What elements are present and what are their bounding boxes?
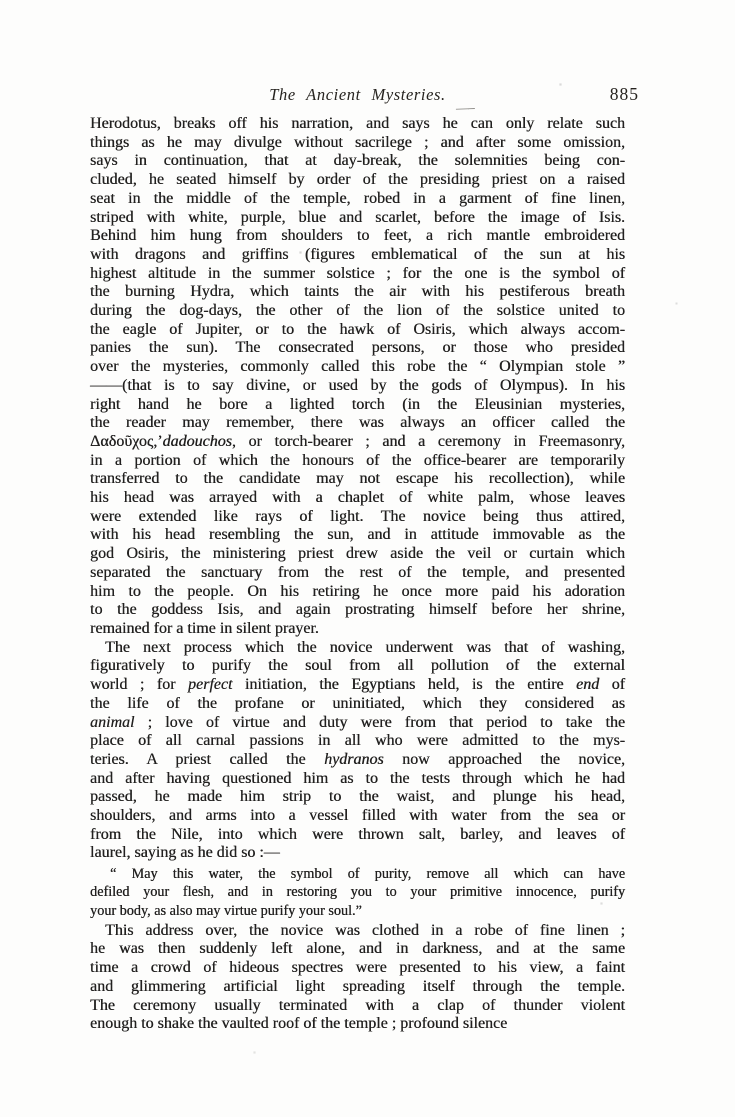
text-line: transferred to the candidate may not esc… (90, 470, 625, 489)
text-line: cluded, he seated himself by order of th… (90, 171, 625, 190)
text-line: panies the sun). The consecrated persons… (90, 339, 625, 358)
text-line: and after having questioned him as to th… (90, 770, 625, 789)
body-paragraph: This address over, the novice was clothe… (90, 922, 625, 1034)
text-line: with dragons and griffins (figures emble… (90, 246, 625, 265)
text-line: shoulders, and arms into a vessel filled… (90, 807, 625, 826)
text-line: says in continuation, that at day-break,… (90, 152, 625, 171)
text-line: striped with white, purple, blue and sca… (90, 209, 625, 228)
quote-paragraph: “ May this water, the symbol of purity, … (90, 865, 625, 920)
text-line: in a portion of which the honours of the… (90, 452, 625, 471)
text-line: things as he may divulge without sacrile… (90, 134, 625, 153)
scan-artifact-dash: — – (456, 100, 473, 117)
text-line: The ceremony usually terminated with a c… (90, 997, 625, 1016)
text-line: during the dog-days, the other of the li… (90, 302, 625, 321)
text-line: animal ; love of virtue and duty were fr… (90, 714, 625, 733)
text-line: the life of the profane or uninitiated, … (90, 695, 625, 714)
text-line: figuratively to purify the soul from all… (90, 657, 625, 676)
text-line: ——(that is to say divine, or used by the… (90, 377, 625, 396)
text-line: world ; for perfect initiation, the Egyp… (90, 676, 625, 695)
page-title: The Ancient Mysteries. (269, 85, 446, 104)
text-line: Δαδοῦχος,’dadouchos, or torch-bearer ; a… (90, 433, 625, 452)
text-line: god Osiris, the ministering priest drew … (90, 545, 625, 564)
text-column: Herodotus, breaks off his narration, and… (90, 115, 625, 1034)
text-line: over the mysteries, commonly called this… (90, 358, 625, 377)
text-line: from the Nile, into which were thrown sa… (90, 826, 625, 845)
text-line: your body, as also may virtue purify you… (90, 902, 625, 920)
book-page: The Ancient Mysteries. 885 — – Herodotus… (0, 0, 735, 1117)
body-paragraph: The next process which the novice underw… (90, 639, 625, 863)
text-line: him to the people. On his retiring he on… (90, 583, 625, 602)
text-line: remained for a time in silent prayer. (90, 620, 625, 639)
text-line: separated the sanctuary from the rest of… (90, 564, 625, 583)
scan-noise (0, 0, 1, 1)
page-number: 885 (610, 84, 639, 105)
text-line: The next process which the novice underw… (90, 639, 625, 658)
text-line: This address over, the novice was clothe… (90, 922, 625, 941)
text-line: to the goddess Isis, and again prostrati… (90, 601, 625, 620)
text-line: the reader may remember, there was alway… (90, 414, 625, 433)
text-line: defiled your flesh, and in restoring you… (90, 883, 625, 901)
text-line: highest altitude in the summer solstice … (90, 265, 625, 284)
text-line: the eagle of Jupiter, or to the hawk of … (90, 321, 625, 340)
text-line: “ May this water, the symbol of purity, … (90, 865, 625, 883)
page-header: The Ancient Mysteries. 885 (90, 85, 625, 105)
text-line: teries. A priest called the hydranos now… (90, 751, 625, 770)
text-line: his head was arrayed with a chaplet of w… (90, 489, 625, 508)
text-line: passed, he made him strip to the waist, … (90, 788, 625, 807)
text-line: Behind him hung from shoulders to feet, … (90, 227, 625, 246)
text-line: enough to shake the vaulted roof of the … (90, 1015, 625, 1034)
text-line: time a crowd of hideous spectres were pr… (90, 959, 625, 978)
text-line: seat in the middle of the temple, robed … (90, 190, 625, 209)
text-line: he was then suddenly left alone, and in … (90, 940, 625, 959)
text-line: with his head resembling the sun, and in… (90, 526, 625, 545)
text-line: Herodotus, breaks off his narration, and… (90, 115, 625, 134)
text-line: right hand he bore a lighted torch (in t… (90, 396, 625, 415)
text-line: and glimmering artificial light spreadin… (90, 978, 625, 997)
text-line: place of all carnal passions in all who … (90, 732, 625, 751)
body-paragraph: Herodotus, breaks off his narration, and… (90, 115, 625, 639)
text-line: the burning Hydra, which taints the air … (90, 283, 625, 302)
text-line: laurel, saying as he did so :— (90, 844, 625, 863)
text-line: were extended like rays of light. The no… (90, 508, 625, 527)
